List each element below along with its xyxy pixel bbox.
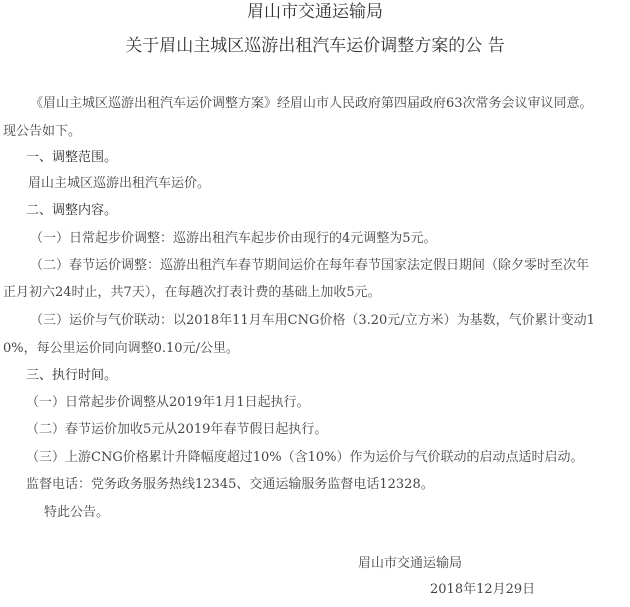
section-heading-content: 二、调整内容。	[26, 203, 117, 219]
content-item-2-cont: 正月初六24时止，共7天），在每趟次打表计费的基础上加收5元。	[3, 285, 381, 301]
content-item-1: （一）日常起步价调整：巡游出租汽车起步价由现行的4元调整为5元。	[30, 231, 437, 247]
schedule-item-3: （三）上游CNG价格累计升降幅度超过10%（含10%）作为运价与气价联动的启动点…	[26, 450, 584, 466]
closing-text: 特此公告。	[44, 505, 109, 521]
section-heading-scope: 一、调整范围。	[26, 150, 117, 166]
issuer-title: 眉山市交通运输局	[0, 2, 630, 22]
signature-date: 2018年12月29日	[430, 582, 535, 598]
intro-line-1: 《眉山主城区巡游出租汽车运价调整方案》经眉山市人民政府第四届政府63次常务会议审…	[30, 96, 593, 112]
intro-line-2: 现公告如下。	[3, 124, 81, 140]
supervision-phones: 监督电话：党务政务服务热线12345、交通运输服务监督电话12328。	[26, 477, 434, 493]
schedule-item-2: （二）春节运价加收5元从2019年春节假日起执行。	[26, 422, 327, 438]
content-item-2: （二）春节运价调整：巡游出租汽车春节期间运价在每年春节国家法定假日期间（除夕零时…	[30, 258, 589, 274]
section-heading-schedule: 三、执行时间。	[26, 368, 117, 384]
signature-issuer: 眉山市交通运输局	[358, 556, 462, 572]
scope-text: 眉山主城区巡游出租汽车运价。	[28, 176, 210, 192]
schedule-item-1: （一）日常起步价调整从2019年1月1日起执行。	[26, 395, 310, 411]
page-title: 关于眉山主城区巡游出租汽车运价调整方案的公 告	[0, 36, 630, 56]
content-item-3-cont: 0%，每公里运价同向调整0.10元/公里。	[3, 341, 239, 357]
content-item-3: （三）运价与气价联动：以2018年11月车用CNG价格（3.20元/立方米）为基…	[30, 313, 595, 329]
